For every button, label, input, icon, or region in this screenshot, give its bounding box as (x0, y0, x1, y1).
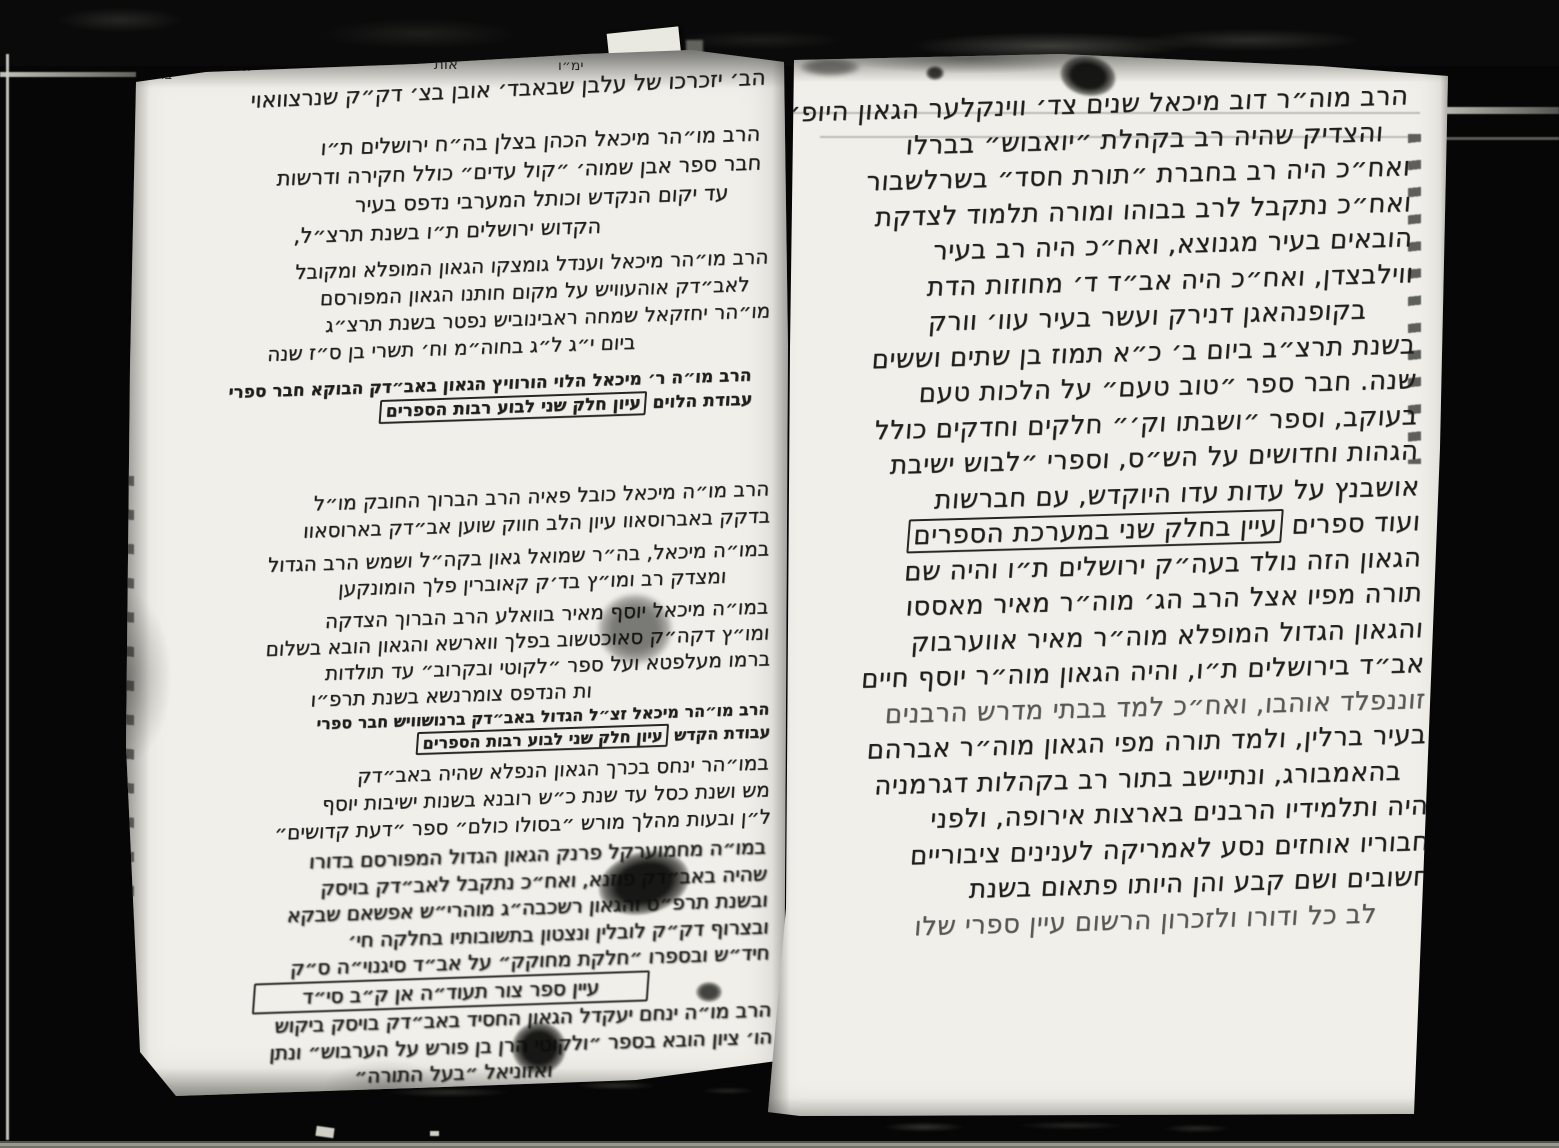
ink-smudge (926, 66, 944, 80)
film-speck (315, 1126, 334, 1138)
film-edge-strip (0, 1141, 1559, 1148)
line-text: ועוד ספרים (1282, 507, 1422, 541)
left-manuscript-page: ברכתי הפדיום אות ימ״ו הב׳ יזכרכו של עלבן… (116, 46, 792, 1098)
ink-smudge (800, 58, 860, 76)
right-page-text: הרב מוה״ר דוב מיכאל שנים צד׳ ווינקלער הג… (776, 79, 1432, 948)
ink-smudge (512, 1022, 566, 1074)
film-bottom-mottling-right (840, 1112, 1260, 1142)
film-top-dark-band (0, 0, 1559, 66)
microfilm-photo-of-hebrew-manuscript: { "photo": { "background_color": "#06060… (0, 0, 1559, 1148)
film-scratch-vertical (6, 54, 9, 1140)
right-manuscript-page: הרב מוה״ר דוב מיכאל שנים צד׳ ווינקלער הג… (760, 48, 1454, 1120)
line-text: עבודת הלוים (646, 390, 753, 414)
left-paragraph-2: הרב מו״הר מיכאל וענדל גומצקו הגאון המופל… (128, 243, 771, 372)
left-paragraph-3: הרב מו״ה ר׳ מיכאל הלוי הורוויץ הגאון באב… (129, 364, 752, 433)
ink-smudge (696, 982, 722, 1002)
marginal-word: ברכתי (139, 68, 172, 83)
film-speck (430, 1131, 439, 1136)
film-scratch-line-left (0, 72, 136, 77)
ink-smudge (598, 594, 672, 664)
left-paragraph-1: הרב מו״הר מיכאל הכהן בצלן בה״ח ירושלים ת… (128, 120, 763, 257)
line-text: עבודת הקדש (668, 722, 771, 744)
